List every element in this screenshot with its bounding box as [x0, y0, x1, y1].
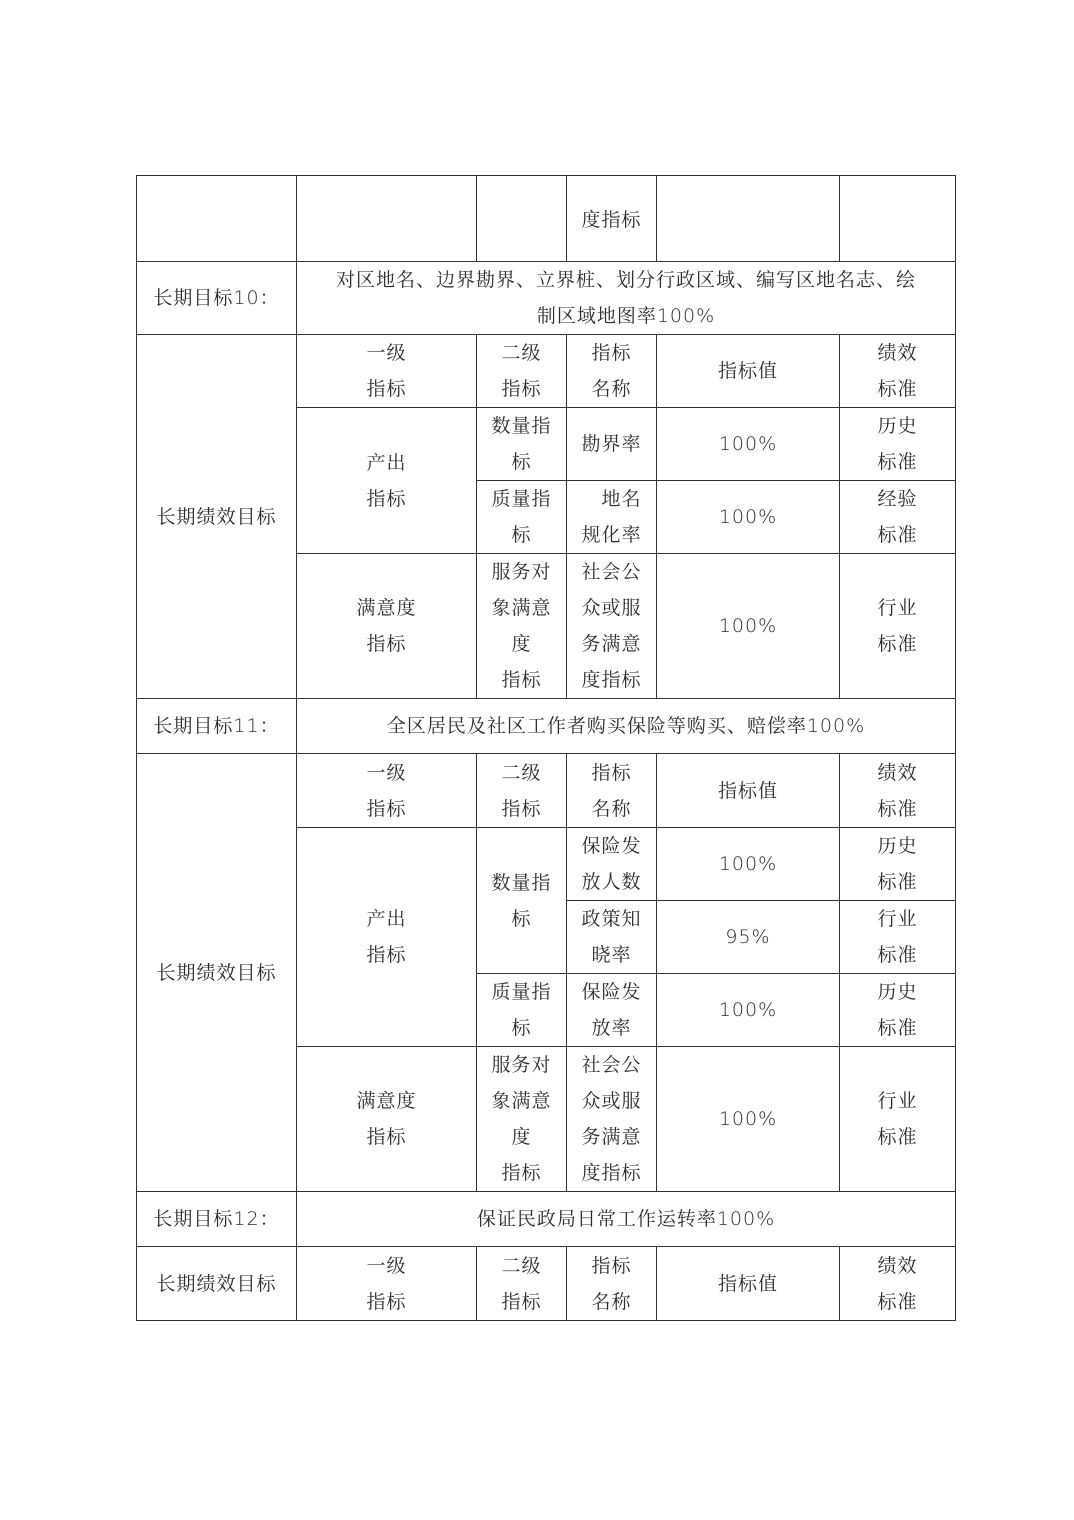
header-standard: 绩效标准 [840, 754, 956, 828]
header-level1: 一级指标 [297, 1247, 477, 1321]
indicator-name-cell: 地名规化率 [567, 481, 657, 554]
indicator-name-cell: 社会公众或服务满意度指标 [567, 554, 657, 699]
indicator-value-cell: 100% [657, 1047, 840, 1192]
performance-goals-table: 度指标 长期目标10： 对区地名、边界勘界、立界桩、划分行政区域、编写区地名志、… [136, 175, 956, 1321]
level2-cell: 质量指标 [477, 974, 567, 1047]
level1-satisfaction: 满意度指标 [297, 1047, 477, 1192]
indicator-value-cell: 95% [657, 901, 840, 974]
standard-cell: 行业标准 [840, 901, 956, 974]
level1-output: 产出指标 [297, 828, 477, 1047]
row-label: 长期绩效目标 [137, 335, 297, 699]
empty-cell [657, 176, 840, 262]
indicator-name-cell: 保险发放率 [567, 974, 657, 1047]
standard-cell: 历史标准 [840, 828, 956, 901]
indicator-value-cell: 100% [657, 828, 840, 901]
goal-text-line: 对区地名、边界勘界、立界桩、划分行政区域、编写区地名志、绘 [297, 262, 955, 298]
level2-cell: 质量指标 [477, 481, 567, 554]
empty-cell [477, 176, 567, 262]
header-name: 指标名称 [567, 754, 657, 828]
indicator-name-cell: 度指标 [567, 176, 657, 262]
header-row: 长期绩效目标 一级指标 二级指标 指标名称 指标值 绩效标准 [137, 1247, 956, 1321]
level2-cell: 服务对象满意度指标 [477, 554, 567, 699]
goal-description: 保证民政局日常工作运转率100% [297, 1192, 956, 1247]
header-level2: 二级指标 [477, 1247, 567, 1321]
header-level1: 一级指标 [297, 335, 477, 408]
goal-row: 长期目标12： 保证民政局日常工作运转率100% [137, 1192, 956, 1247]
level2-cell: 数量指标 [477, 828, 567, 974]
header-level1: 一级指标 [297, 754, 477, 828]
empty-cell [297, 176, 477, 262]
row-label: 长期绩效目标 [137, 1247, 297, 1321]
level2-cell: 服务对象满意度指标 [477, 1047, 567, 1192]
header-standard: 绩效标准 [840, 1247, 956, 1321]
header-value: 指标值 [657, 754, 840, 828]
level1-satisfaction: 满意度指标 [297, 554, 477, 699]
goal-label: 长期目标10： [137, 262, 297, 335]
goal-row: 长期目标10： 对区地名、边界勘界、立界桩、划分行政区域、编写区地名志、绘 制区… [137, 262, 956, 335]
empty-cell [137, 176, 297, 262]
goal-text-line: 制区域地图率100% [297, 298, 955, 334]
indicator-name-cell: 政策知晓率 [567, 901, 657, 974]
header-standard: 绩效标准 [840, 335, 956, 408]
level2-cell: 数量指标 [477, 408, 567, 481]
header-row: 长期绩效目标 一级指标 二级指标 指标名称 指标值 绩效标准 [137, 335, 956, 408]
standard-cell: 历史标准 [840, 408, 956, 481]
standard-cell: 历史标准 [840, 974, 956, 1047]
header-value: 指标值 [657, 1247, 840, 1321]
table-row: 度指标 [137, 176, 956, 262]
indicator-name-cell: 保险发放人数 [567, 828, 657, 901]
indicator-name-cell: 勘界率 [567, 408, 657, 481]
empty-cell [840, 176, 956, 262]
header-value: 指标值 [657, 335, 840, 408]
indicator-value-cell: 100% [657, 408, 840, 481]
indicator-value-cell: 100% [657, 481, 840, 554]
standard-cell: 经验标准 [840, 481, 956, 554]
standard-cell: 行业标准 [840, 554, 956, 699]
goal-description: 对区地名、边界勘界、立界桩、划分行政区域、编写区地名志、绘 制区域地图率100% [297, 262, 956, 335]
header-name: 指标名称 [567, 1247, 657, 1321]
row-label: 长期绩效目标 [137, 754, 297, 1192]
indicator-value-cell: 100% [657, 974, 840, 1047]
level1-output: 产出指标 [297, 408, 477, 554]
header-row: 长期绩效目标 一级指标 二级指标 指标名称 指标值 绩效标准 [137, 754, 956, 828]
goal-row: 长期目标11： 全区居民及社区工作者购买保险等购买、赔偿率100% [137, 699, 956, 754]
standard-cell: 行业标准 [840, 1047, 956, 1192]
goal-label: 长期目标11： [137, 699, 297, 754]
header-level2: 二级指标 [477, 335, 567, 408]
indicator-name-cell: 社会公众或服务满意度指标 [567, 1047, 657, 1192]
goal-label: 长期目标12： [137, 1192, 297, 1247]
goal-description: 全区居民及社区工作者购买保险等购买、赔偿率100% [297, 699, 956, 754]
indicator-value-cell: 100% [657, 554, 840, 699]
header-name: 指标名称 [567, 335, 657, 408]
header-level2: 二级指标 [477, 754, 567, 828]
